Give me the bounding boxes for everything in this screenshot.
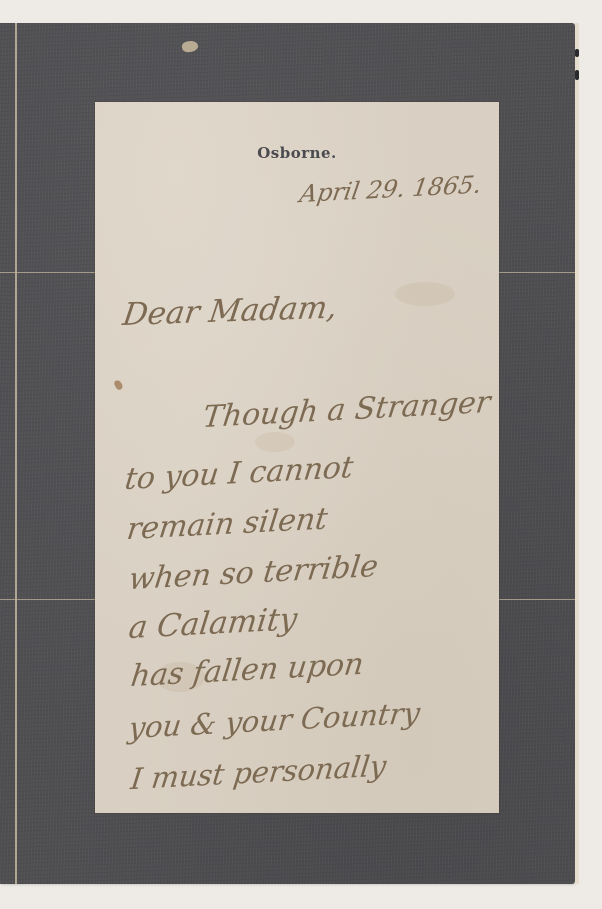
letter-line: to you I cannot [123, 450, 355, 497]
mount-edge [575, 23, 579, 884]
edge-mark [575, 49, 579, 57]
letter-line: when so terrible [127, 549, 380, 597]
foxing-stain [395, 282, 455, 306]
letter-line: Though a Stranger [201, 385, 493, 435]
salutation: Dear Madam, [120, 289, 339, 333]
spine-fold-line [15, 23, 17, 884]
letter-line: remain silent [125, 501, 330, 547]
letter-line: a Calamity [127, 601, 299, 646]
letter-sheet: Osborne. April 29. 1865. Dear Madam, Tho… [95, 102, 499, 813]
foxing-stain [255, 432, 295, 452]
edge-mark [575, 70, 579, 80]
letter-line: has fallen upon [129, 647, 366, 694]
letter-date: April 29. 1865. [298, 170, 484, 208]
letter-line: you & your Country [127, 696, 422, 746]
letter-line: I must personally [129, 748, 388, 796]
ink-stain [113, 379, 124, 391]
letterhead: Osborne. [95, 144, 499, 162]
